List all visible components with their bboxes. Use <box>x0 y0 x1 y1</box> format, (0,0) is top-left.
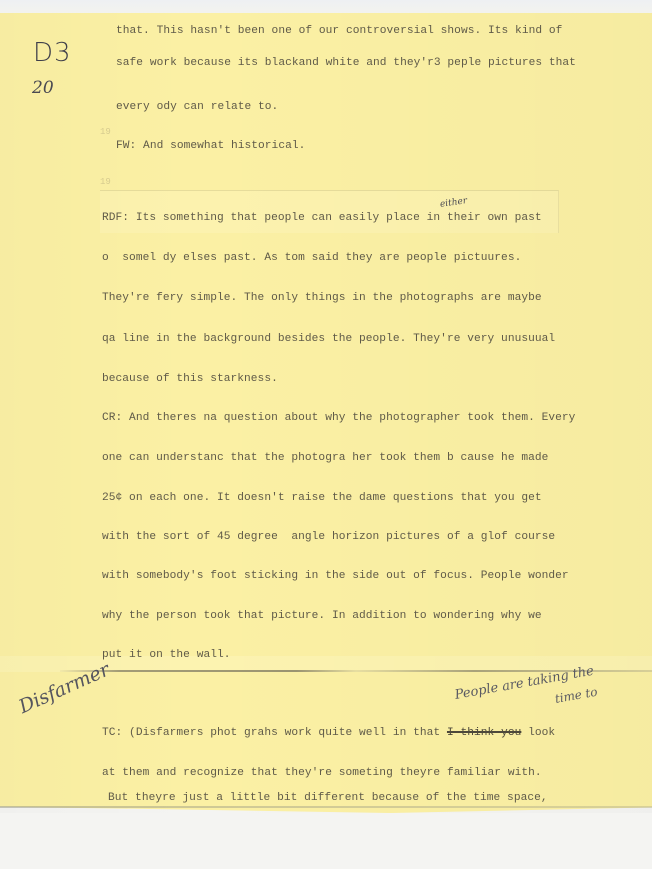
tc-text-after: look <box>521 727 555 739</box>
tc-text-before: TC: (Disfarmers phot grahs work quite we… <box>102 727 447 739</box>
text-line: safe work because its blackand white and… <box>116 57 576 69</box>
page-number-annotation: 20 <box>32 78 54 98</box>
text-line: that. This hasn't been one of our contro… <box>116 25 562 37</box>
text-line: with somebody's foot sticking in the sid… <box>102 570 569 582</box>
text-line: o somel dy elses past. As tom said they … <box>102 252 521 264</box>
text-line: But theyre just a little bit different b… <box>108 792 548 804</box>
text-line: qa line in the background besides the pe… <box>102 333 555 345</box>
text-line: every ody can relate to. <box>116 101 278 113</box>
speaker-line-rdf: RDF: Its something that people can easil… <box>102 212 542 224</box>
speaker-line-tc: TC: (Disfarmers phot grahs work quite we… <box>102 727 555 739</box>
text-line: why the person took that picture. In add… <box>102 610 542 622</box>
scanner-bed-top <box>0 0 652 14</box>
page-bottom-edge <box>0 806 652 808</box>
text-line: put it on the wall. <box>102 649 231 661</box>
text-line: one can understanc that the photogra her… <box>102 452 548 464</box>
struck-text: I think you <box>447 727 521 739</box>
ghost-number: 19 <box>100 177 111 187</box>
ghost-number: 19 <box>100 127 111 137</box>
text-line: at them and recognize that they're somet… <box>102 767 542 779</box>
speaker-line-fw: FW: And somewhat historical. <box>116 140 305 152</box>
text-line: They're fery simple. The only things in … <box>102 292 542 304</box>
text-line: with the sort of 45 degree angle horizon… <box>102 531 555 543</box>
text-line: because of this starkness. <box>102 373 278 385</box>
speaker-line-cr: CR: And theres na question about why the… <box>102 412 575 424</box>
page-code-annotation: D3 <box>33 38 72 68</box>
text-line: 25¢ on each one. It doesn't raise the da… <box>102 492 542 504</box>
